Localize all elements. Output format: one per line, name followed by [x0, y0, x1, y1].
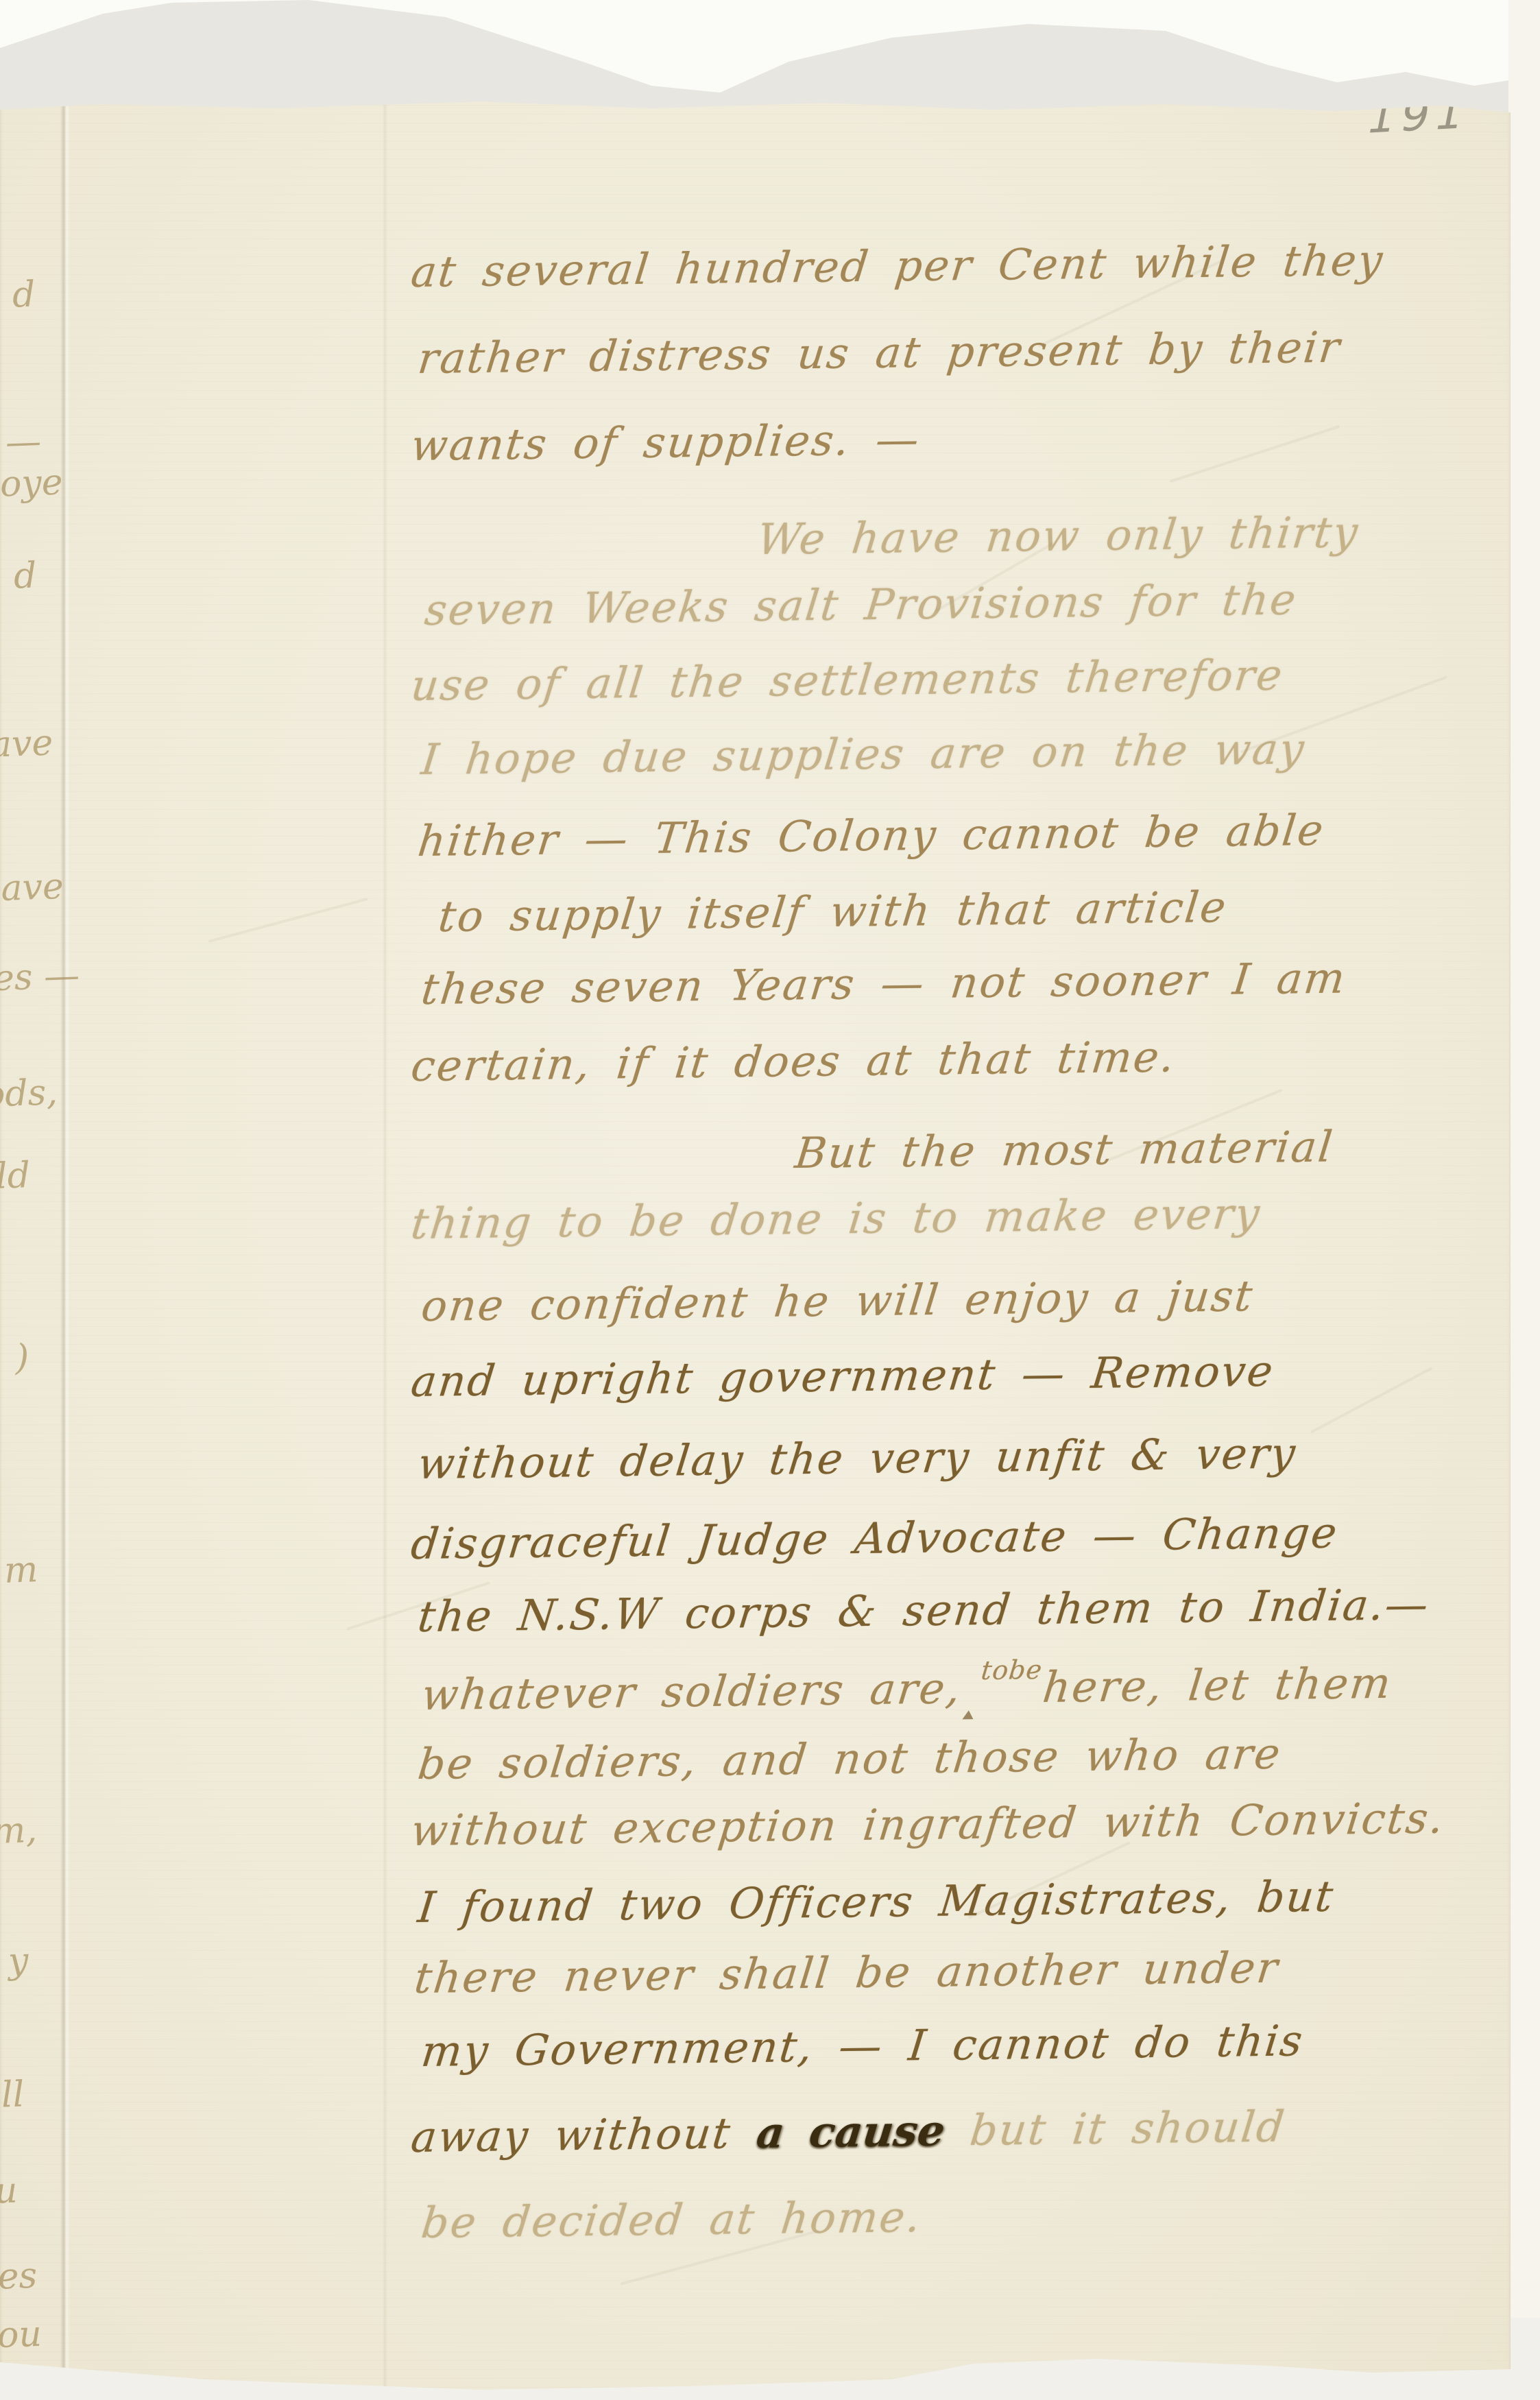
manuscript-line-with-insertion: whatever soldiers are,tobehere, let them: [418, 1658, 1395, 1726]
manuscript-scan: 191 d — oye d ave have es — ods, ld ) m …: [0, 0, 1540, 2400]
manuscript-line: I hope due supplies are on the way: [419, 723, 1308, 785]
manuscript-line: hither — This Colony cannot be able: [416, 805, 1327, 867]
marginalia-fragment: m: [3, 1549, 38, 1592]
ink-blot-correction: a cause: [754, 2105, 948, 2157]
manuscript-line: seven Weeks salt Provisions for the: [422, 574, 1300, 636]
line-text-post: here, let them: [1040, 1658, 1395, 1712]
marginalia-fragment: ld: [0, 1155, 31, 1197]
marginalia-fragment: m,: [0, 1810, 38, 1852]
manuscript-line-with-blot: away without a cause but it should: [409, 2101, 1288, 2163]
marginalia-fragment: ies: [0, 2255, 38, 2299]
show-through-mark: [208, 898, 368, 943]
manuscript-line: disgraceful Judge Advocate — Change: [409, 1507, 1341, 1570]
manuscript-line: be decided at home.: [419, 2192, 924, 2248]
marginalia-fragment: ods,: [0, 1072, 58, 1116]
manuscript-line: and upright government — Remove: [409, 1346, 1277, 1407]
manuscript-line: to supply itself with that article: [436, 882, 1230, 942]
line-text-pre: whatever soldiers are,: [419, 1663, 964, 1720]
manuscript-line: without delay the very unfit & very: [416, 1428, 1299, 1489]
manuscript-line: my Government, — I cannot do this: [419, 2015, 1307, 2077]
manuscript-line: use of all the settlements therefore: [409, 649, 1286, 711]
marginalia-fragment: d: [13, 555, 37, 597]
manuscript-line: the N.S.W corps & send them to India.—: [416, 1579, 1432, 1642]
marginalia-fragment: ): [14, 1337, 29, 1379]
marginalia-fragment: ave: [0, 722, 53, 765]
manuscript-line: But the most material: [793, 1121, 1336, 1179]
show-through-mark: [1310, 1367, 1432, 1433]
line-text-pre: away without: [409, 2108, 734, 2162]
manuscript-line: certain, if it does at that time.: [409, 1031, 1179, 1092]
scanner-background-right: [1508, 0, 1540, 2400]
manuscript-line: at several hundred per Cent while they: [409, 235, 1386, 298]
marginalia-fragment: —: [5, 421, 42, 464]
marginalia-fragment: ll: [1, 2074, 25, 2115]
marginalia-fragment: have: [0, 866, 64, 910]
marginalia-fragment: oye: [0, 461, 63, 505]
interlinear-insertion: tobe: [978, 1644, 1045, 1696]
manuscript-line: be soldiers, and not those who are: [416, 1729, 1284, 1790]
vertical-crease: [383, 96, 387, 2400]
manuscript-line: one confident he will enjoy a just: [419, 1271, 1257, 1332]
marginalia-fragment: es —: [0, 955, 80, 999]
marginalia-fragment: y: [8, 1941, 29, 1982]
marginalia-fragment: ou: [0, 2314, 43, 2356]
marginalia-fragment: d: [12, 274, 36, 315]
manuscript-line: I found two Officers Magistrates, but: [416, 1871, 1337, 1933]
manuscript-line: wants of supplies. —: [409, 414, 923, 471]
manuscript-line: without exception ingrafted with Convict…: [409, 1793, 1447, 1857]
line-text-post: but it should: [967, 2101, 1288, 2155]
manuscript-line: thing to be done is to make every: [409, 1188, 1264, 1249]
manuscript-line: these seven Years — not sooner I am: [419, 952, 1349, 1015]
manuscript-page: 191 d — oye d ave have es — ods, ld ) m …: [0, 96, 1511, 2400]
insertion-caret-icon: [962, 1710, 974, 1719]
gutter-fold-crease: [60, 96, 70, 2400]
manuscript-line: there never shall be another under: [412, 1943, 1282, 2004]
show-through-mark: [1170, 425, 1340, 483]
manuscript-line: rather distress us at present by their: [416, 322, 1344, 385]
manuscript-line: We have now only thirty: [755, 507, 1362, 565]
marginalia-fragment: u: [0, 2170, 19, 2211]
